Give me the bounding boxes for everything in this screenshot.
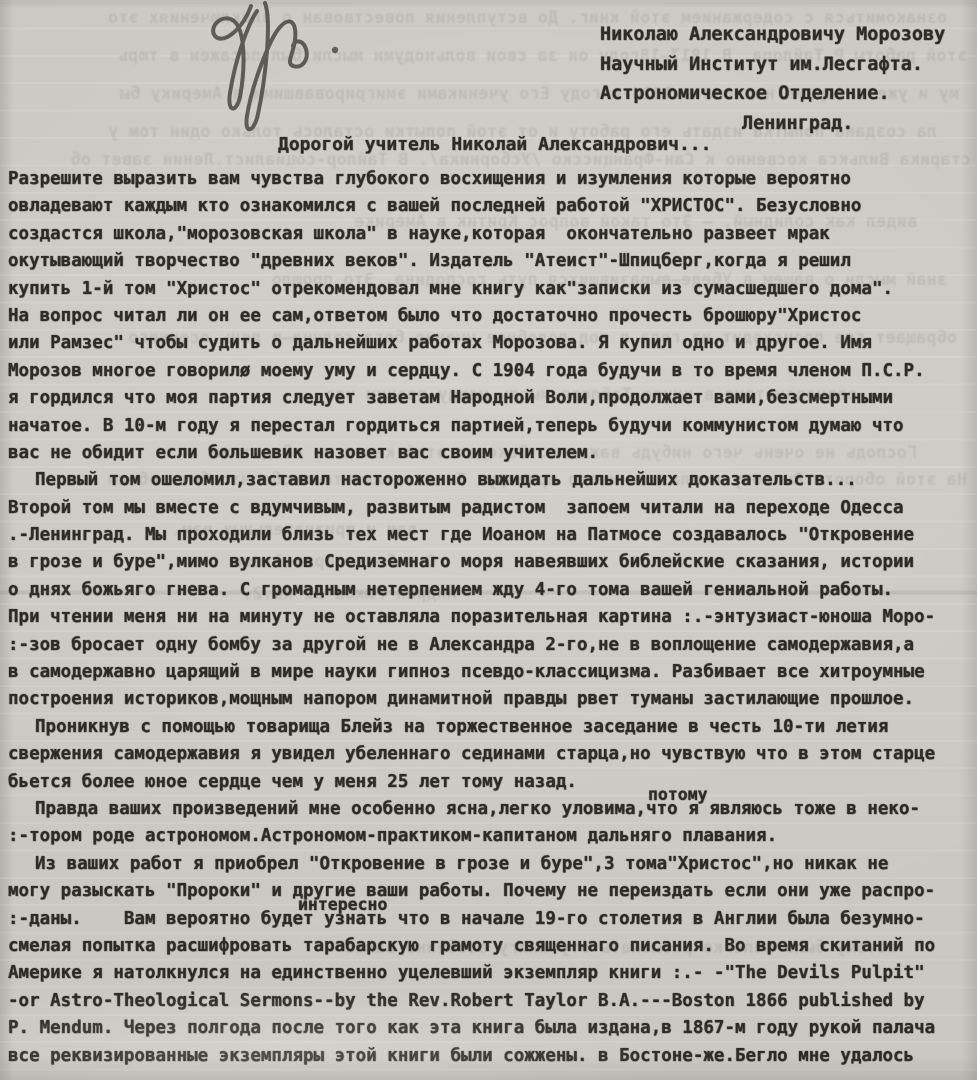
letter-line: P. Mendum. Через полгода после того как … [8,1015,970,1042]
letter-line: купить 1-й том "Христос" отрекомендовал … [8,276,970,303]
address-line: Астрономическое Отделение. [600,79,945,109]
letter-body: Разрешите выразить вам чувства глубокого… [8,166,970,1070]
letter-line: свержения самодержавия я увидел убеленна… [8,741,970,768]
letter-line: смелая попытка расшифровать тарабарскую … [8,933,970,960]
letter-line: вас не обидит если большевик назовет вас… [8,440,970,467]
letter-line: все реквизированные экземпляры этой книг… [8,1043,970,1070]
recipient-address-block: Николаю Александровичу МорозовуНаучный И… [600,20,945,138]
letter-line: построения историков,мощным напором дина… [8,686,970,713]
salutation-line: Дорогой учитель Николай Александрович... [278,134,711,155]
letter-line: Морозов многое говорилø моему уму и серд… [8,358,970,385]
letter-line: или Рамзес" чтобы судить о дальнейших ра… [8,330,970,357]
letter-line: Второй том мы вместе с вдумчивым, развит… [8,495,970,522]
letter-line: начатое. В 10-м году я перестал гордитьс… [8,413,970,440]
letter-line: овладевают каждым кто ознакомился с ваше… [8,193,970,220]
letter-line: я гордился что моя партия следует завета… [8,385,970,412]
letter-line: -or Astro-Theological Sermons--by the Re… [8,988,970,1015]
letter-line: :-зов бросает одну бомбу за другой не в … [8,632,970,659]
letter-line: в грозе и буре",мимо вулканов Средиземна… [8,549,970,576]
letter-line: о днях божьяго гнева. С громадным нетерп… [8,577,970,604]
letter-line: Первый том ошеломил,заставил настороженн… [8,467,970,494]
handwritten-pencil-monogram [185,0,415,150]
interlinear-insertion: интересно [298,897,387,914]
letter-line: бьется более юное сердце чем у меня 25 л… [8,769,970,796]
scanned-letter-page: ознакомиться с содержанием этой книг. До… [0,0,977,1080]
letter-line: :-тором роде астрономом.Астрономом-практ… [8,823,970,850]
letter-line: Правда ваших произведений мне особенно я… [8,796,970,823]
letter-line: окутывающий творчество "древних веков". … [8,248,970,275]
letter-line: .-Ленинград. Мы проходили близь тех мест… [8,522,970,549]
address-line: Николаю Александровичу Морозову [600,20,945,50]
address-line: Научный Институт им.Лесгафта. [600,50,945,80]
letter-line: Проникнув с помощью товарища Блейз на то… [8,714,970,741]
letter-line: Из ваших работ я приобрел "Откровение в … [8,851,970,878]
letter-line: создастся школа,"морозовская школа" в на… [8,221,970,248]
letter-line: Америке я натолкнулся на единственно уце… [8,960,970,987]
interlinear-insertion: потому [648,787,708,804]
letter-line: На вопрос читал ли он ее сам,ответом был… [8,303,970,330]
letter-line: могу разыскать "Пророки" и другие ваши р… [8,878,970,905]
letter-line: Разрешите выразить вам чувства глубокого… [8,166,970,193]
letter-line: При чтении меня ни на минуту не оставлял… [8,604,970,631]
letter-line: в самодержавно царящий в мире науки гипн… [8,659,970,686]
letter-line: :-даны. Вам вероятно будет узнать что в … [8,906,970,933]
